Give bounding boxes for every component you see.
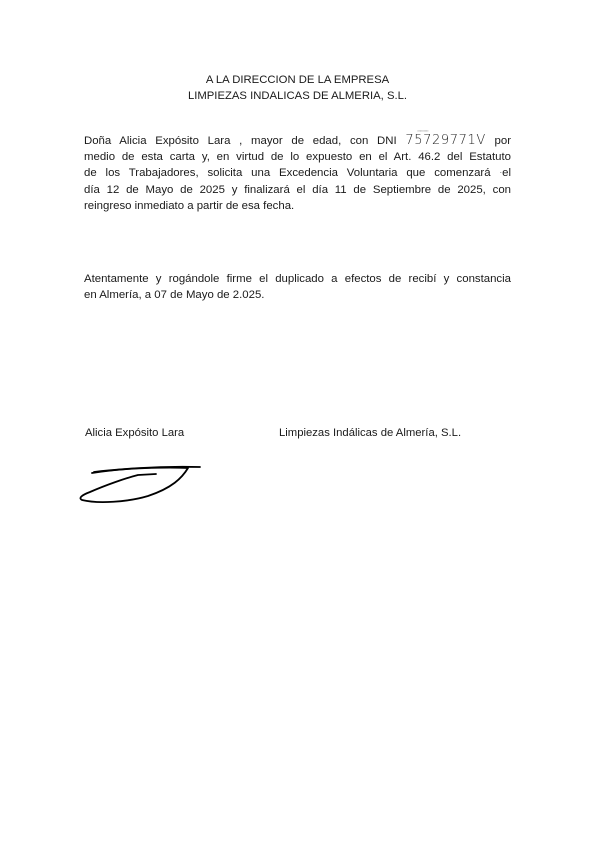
body-line-2: medio de esta carta y, en virtud de lo e… bbox=[84, 149, 511, 165]
recipient-heading: A LA DIRECCION DE LA EMPRESA LIMPIEZAS I… bbox=[0, 73, 595, 104]
body-line-3: de los Trabajadores, solicita una Excede… bbox=[84, 165, 511, 181]
letter-page: A LA DIRECCION DE LA EMPRESA LIMPIEZAS I… bbox=[0, 0, 595, 841]
employee-signature-name: Alicia Expósito Lara bbox=[85, 427, 184, 439]
dni-number: ▪▪▪▪▪▪▪▪▪75729771V bbox=[405, 133, 485, 148]
recipient-line-2: LIMPIEZAS INDALICAS DE ALMERIA, S.L. bbox=[0, 89, 595, 105]
body-line-5: reingreso inmediato a partir de esa fech… bbox=[84, 198, 511, 214]
request-paragraph: Doña Alicia Expósito Lara , mayor de eda… bbox=[84, 133, 511, 214]
closing-paragraph: Atentamente y rogándole firme el duplica… bbox=[84, 271, 511, 303]
dni-annotation: ▪▪▪▪▪▪▪▪▪ bbox=[417, 123, 428, 139]
closing-line-1: Atentamente y rogándole firme el duplica… bbox=[84, 271, 511, 287]
company-signature-name: Limpiezas Indálicas de Almería, S.L. bbox=[279, 427, 461, 439]
closing-line-2: en Almería, a 07 de Mayo de 2.025. bbox=[84, 287, 511, 303]
body-line-4: día 12 de Mayo de 2025 y finalizará el d… bbox=[84, 182, 511, 198]
recipient-line-1: A LA DIRECCION DE LA EMPRESA bbox=[0, 73, 595, 89]
body-line-1: Doña Alicia Expósito Lara , mayor de eda… bbox=[84, 133, 511, 149]
handwritten-signature bbox=[76, 462, 204, 506]
